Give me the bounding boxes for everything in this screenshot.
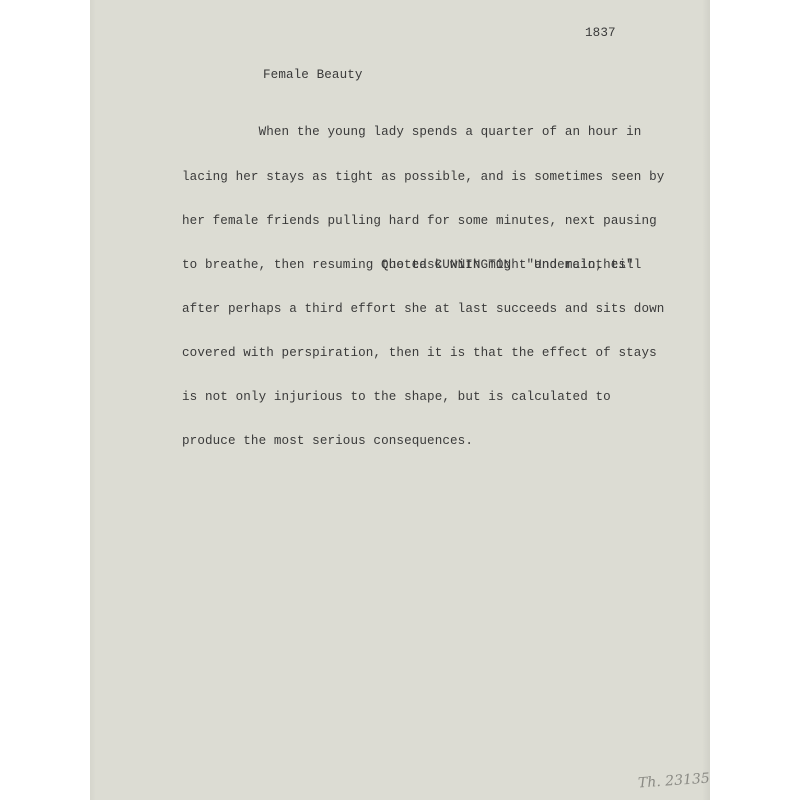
- year-heading: 1837: [585, 26, 616, 40]
- document-title: Female Beauty: [263, 68, 363, 82]
- quote-body: When the young lady spends a quarter of …: [182, 96, 664, 478]
- body-line: is not only injurious to the shape, but …: [182, 390, 664, 405]
- body-line: her female friends pulling hard for some…: [182, 214, 664, 229]
- body-line: after perhaps a third effort she at last…: [182, 302, 664, 317]
- body-line: covered with perspiration, then it is th…: [182, 346, 664, 361]
- typewritten-page: 1837 Female Beauty When the young lady s…: [90, 0, 710, 800]
- body-line: produce the most serious consequences.: [182, 434, 664, 449]
- handwritten-catalog-number: Th. 23135: [638, 771, 711, 792]
- body-line: lacing her stays as tight as possible, a…: [182, 170, 664, 185]
- body-line: When the young lady spends a quarter of …: [182, 125, 664, 140]
- source-citation: Quoted CUNNINGTON "Underclothes": [381, 258, 634, 272]
